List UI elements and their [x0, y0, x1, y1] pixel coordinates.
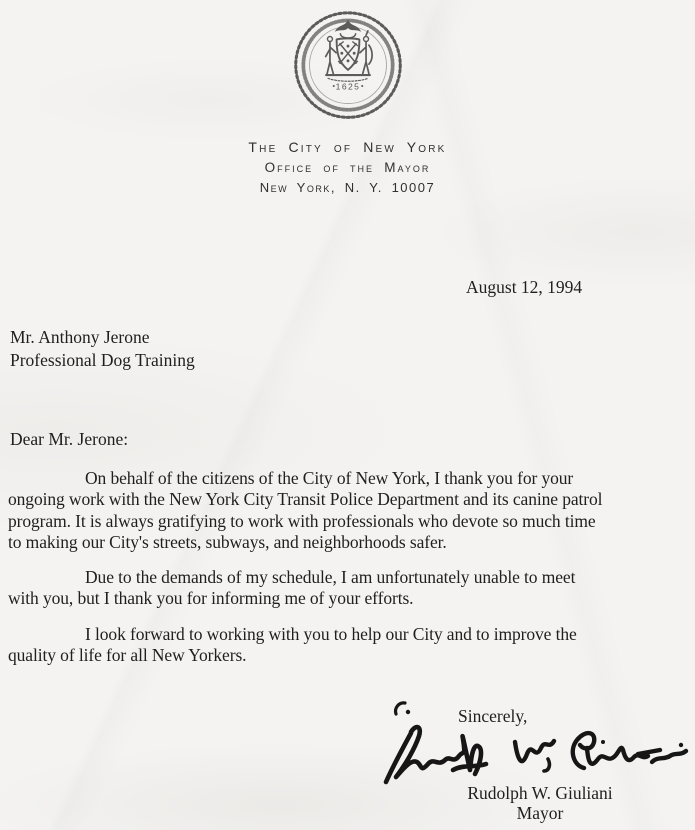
recipient-block: Mr. Anthony Jerone Professional Dog Trai…	[10, 326, 195, 371]
mayor-title: Mayor	[380, 804, 695, 824]
body-line: I look forward to working with you to he…	[8, 624, 577, 645]
recipient-name: Mr. Anthony Jerone	[10, 326, 195, 349]
body-line: with you, but I thank you for informing …	[8, 588, 575, 609]
recipient-organization: Professional Dog Training	[10, 349, 195, 372]
letterhead: The City of New York Office of the Mayor…	[0, 139, 695, 195]
letterhead-address: New York, N. Y. 10007	[0, 180, 695, 195]
salutation: Dear Mr. Jerone:	[10, 429, 128, 450]
scanned-letter-page: 1625 The City of New York Office of the …	[0, 0, 695, 830]
nyc-city-seal-icon: 1625	[291, 6, 405, 128]
body-line: to making our City's streets, subways, a…	[8, 532, 602, 553]
seal-year: 1625	[336, 81, 361, 91]
typed-name: Rudolph W. Giuliani	[380, 784, 695, 804]
body-line: ongoing work with the New York City Tran…	[8, 489, 602, 510]
body-paragraph-1: On behalf of the citizens of the City of…	[8, 468, 602, 554]
body-line: quality of life for all New Yorkers.	[8, 645, 577, 666]
signature-block: Rudolph W. Giuliani Mayor	[380, 784, 695, 823]
body-paragraph-2: Due to the demands of my schedule, I am …	[8, 567, 575, 610]
letterhead-city: The City of New York	[0, 139, 695, 155]
date-line: August 12, 1994	[466, 277, 582, 298]
body-line: On behalf of the citizens of the City of…	[8, 468, 602, 489]
body-line: program. It is always gratifying to work…	[8, 511, 602, 532]
letterhead-office: Office of the Mayor	[0, 160, 695, 175]
body-line: Due to the demands of my schedule, I am …	[8, 567, 575, 588]
body-paragraph-3: I look forward to working with you to he…	[8, 624, 577, 667]
